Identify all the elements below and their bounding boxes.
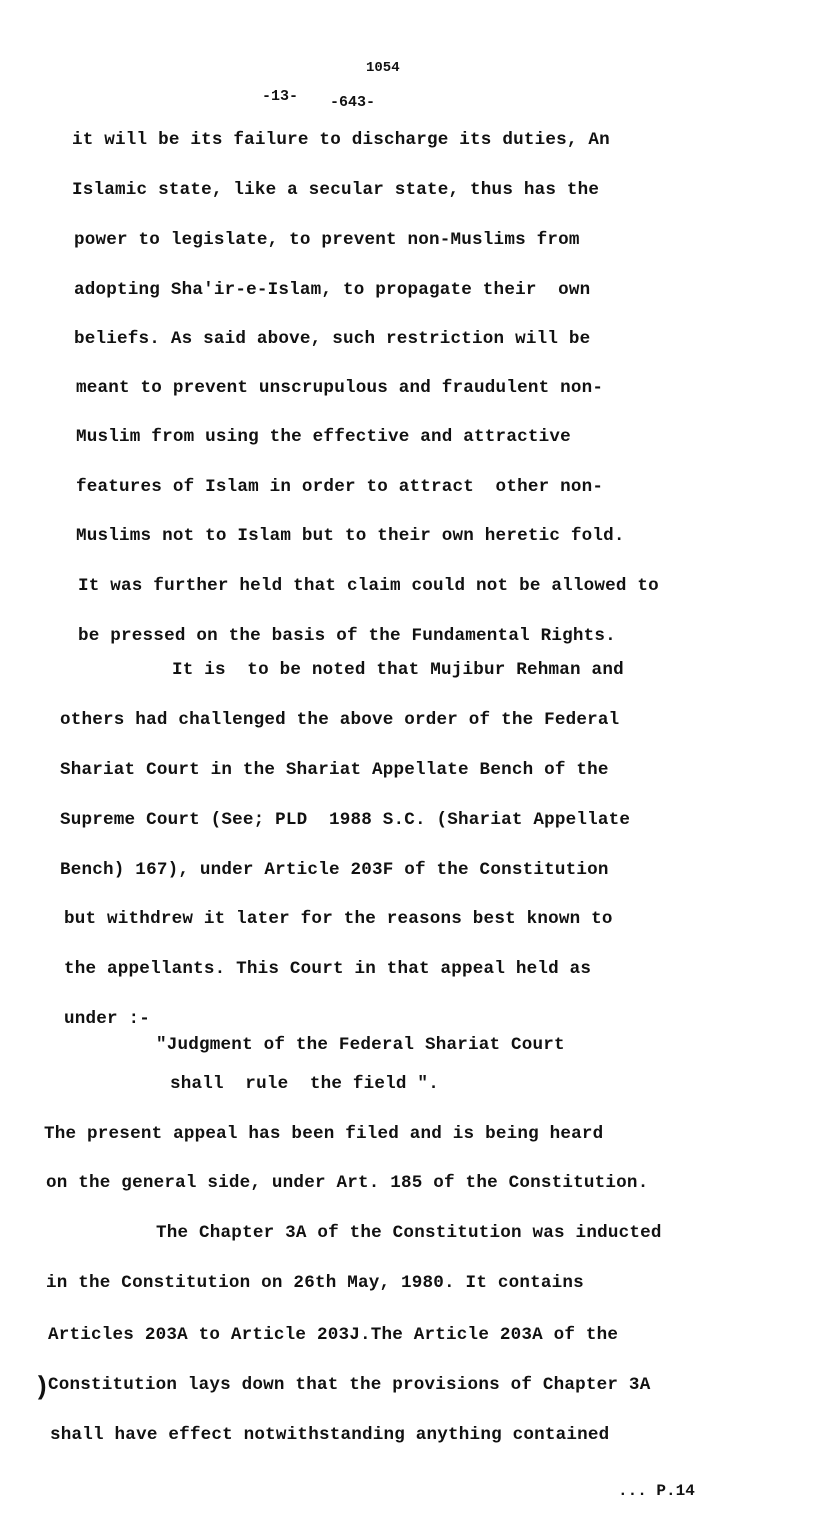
text-line: shall rule the field ". [170,1074,439,1094]
text-line: It is to be noted that Mujibur Rehman an… [172,660,624,680]
text-line: Shariat Court in the Shariat Appellate B… [60,760,609,780]
text-line: "Judgment of the Federal Shariat Court [156,1035,565,1055]
text-line: Supreme Court (See; PLD 1988 S.C. (Shari… [60,810,630,830]
text-line: it will be its failure to discharge its … [72,130,610,150]
text-line: features of Islam in order to attract ot… [76,477,603,497]
text-line: The Chapter 3A of the Constitution was i… [156,1223,662,1243]
text-line: Bench) 167), under Article 203F of the C… [60,860,609,880]
continuation-marker: ... P.14 [618,1482,695,1500]
text-line: Constitution lays down that the provisio… [48,1375,650,1395]
page-number-right: -643- [330,94,375,111]
text-line: Muslims not to Islam but to their own he… [76,526,625,546]
margin-bracket: ) [34,1372,50,1402]
text-line: in the Constitution on 26th May, 1980. I… [46,1273,584,1293]
stamp-mark: 1054 [366,60,400,76]
text-line: It was further held that claim could not… [78,576,659,596]
text-line: but withdrew it later for the reasons be… [64,909,613,929]
text-line: shall have effect notwithstanding anythi… [50,1425,609,1445]
document-page: -13- -643- 1054 it will be its failure t… [0,0,840,1540]
text-line: Muslim from using the effective and attr… [76,427,571,447]
text-line: beliefs. As said above, such restriction… [74,329,590,349]
page-number-left: -13- [262,88,298,105]
text-line: others had challenged the above order of… [60,710,619,730]
text-line: under :- [64,1009,150,1029]
text-line: adopting Sha'ir-e-Islam, to propagate th… [74,280,590,300]
text-line: The present appeal has been filed and is… [44,1124,603,1144]
text-line: Articles 203A to Article 203J.The Articl… [48,1325,618,1345]
text-line: Islamic state, like a secular state, thu… [72,180,599,200]
text-line: power to legislate, to prevent non-Musli… [74,230,580,250]
text-line: the appellants. This Court in that appea… [64,959,591,979]
text-line: be pressed on the basis of the Fundament… [78,626,616,646]
text-line: meant to prevent unscrupulous and fraudu… [76,378,603,398]
text-line: on the general side, under Art. 185 of t… [46,1173,648,1193]
